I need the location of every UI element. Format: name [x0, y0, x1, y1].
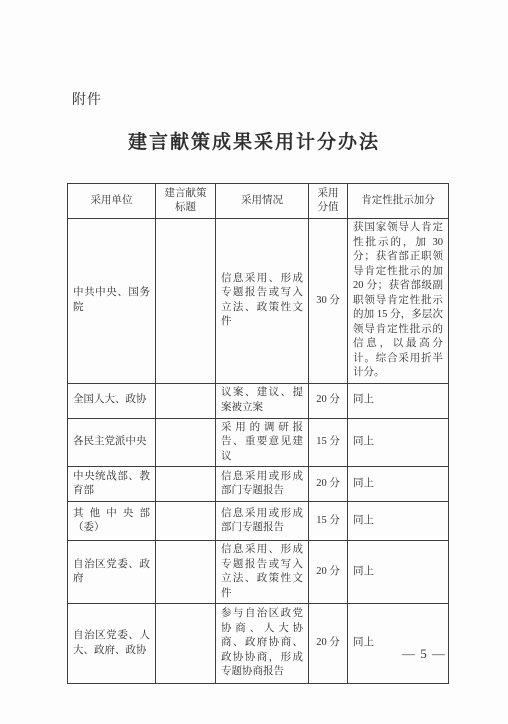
table-row: 自治区党委、人大、政府、政协 参与自治区政党协商、人大协商、政府协商、政协协商，… — [68, 604, 449, 684]
cell-bonus: 同上 — [348, 467, 449, 502]
attachment-label: 附件 — [72, 89, 102, 109]
cell-score: 20 分 — [309, 541, 348, 604]
cell-proposal-title — [156, 418, 216, 467]
page-number: — 5 — — [402, 646, 446, 662]
cell-proposal-title — [156, 502, 216, 541]
table-row: 其他中央部（委） 信息采用或形成部门专题报告 15 分 同上 — [68, 502, 449, 541]
cell-score: 15 分 — [309, 418, 348, 467]
cell-score: 15 分 — [309, 502, 348, 541]
cell-unit: 全国人大、政协 — [68, 383, 156, 418]
cell-bonus: 同上 — [348, 418, 449, 467]
cell-situation: 信息采用、形成专题报告或写入立法、政策性文件 — [216, 219, 309, 384]
table-header-row: 采用单位 建言献策标题 采用情况 采用分值 肯定性批示加分 — [68, 184, 449, 219]
table-row: 全国人大、政协 议案、建议、提案被立案 20 分 同上 — [68, 383, 449, 418]
cell-bonus: 获国家领导人肯定性批示的，加 30 分；获省部正职领导肯定性批示的加 20 分；… — [348, 219, 449, 384]
cell-bonus: 同上 — [348, 502, 449, 541]
cell-proposal-title — [156, 383, 216, 418]
cell-proposal-title — [156, 467, 216, 502]
table-row: 中共中央、国务院 信息采用、形成专题报告或写入立法、政策性文件 30 分 获国家… — [68, 219, 449, 384]
column-header-proposal-title: 建言献策标题 — [156, 184, 216, 219]
cell-situation: 信息采用或形成部门专题报告 — [216, 502, 309, 541]
document-title: 建言献策成果采用计分办法 — [0, 127, 508, 154]
cell-situation: 参与自治区政党协商、人大协商、政府协商、政协协商，形成专题协商报告 — [216, 604, 309, 684]
cell-unit: 其他中央部（委） — [68, 502, 156, 541]
cell-bonus: 同上 — [348, 604, 449, 684]
cell-unit: 中共中央、国务院 — [68, 219, 156, 384]
cell-unit: 中央统战部、教育部 — [68, 467, 156, 502]
cell-unit: 自治区党委、人大、政府、政协 — [68, 604, 156, 684]
cell-situation: 议案、建议、提案被立案 — [216, 383, 309, 418]
cell-situation: 信息采用或形成部门专题报告 — [216, 467, 309, 502]
cell-score: 20 分 — [309, 383, 348, 418]
cell-bonus: 同上 — [348, 541, 449, 604]
table-row: 自治区党委、政府 信息采用、形成专题报告或写入立法、政策性文件 20 分 同上 — [68, 541, 449, 604]
cell-unit: 自治区党委、政府 — [68, 541, 156, 604]
cell-score: 30 分 — [309, 219, 348, 384]
cell-unit: 各民主党派中央 — [68, 418, 156, 467]
cell-situation: 信息采用、形成专题报告或写入立法、政策性文件 — [216, 541, 309, 604]
cell-score: 20 分 — [309, 604, 348, 684]
column-header-situation: 采用情况 — [216, 184, 309, 219]
column-header-bonus: 肯定性批示加分 — [348, 184, 449, 219]
table-row: 中央统战部、教育部 信息采用或形成部门专题报告 20 分 同上 — [68, 467, 449, 502]
cell-situation: 采用的调研报告、重要意见建议 — [216, 418, 309, 467]
column-header-unit: 采用单位 — [68, 184, 156, 219]
cell-bonus: 同上 — [348, 383, 449, 418]
table-row: 各民主党派中央 采用的调研报告、重要意见建议 15 分 同上 — [68, 418, 449, 467]
scoring-table: 采用单位 建言献策标题 采用情况 采用分值 肯定性批示加分 中共中央、国务院 信… — [67, 183, 449, 684]
column-header-score: 采用分值 — [309, 184, 348, 219]
cell-score: 20 分 — [309, 467, 348, 502]
cell-proposal-title — [156, 604, 216, 684]
table-body: 中共中央、国务院 信息采用、形成专题报告或写入立法、政策性文件 30 分 获国家… — [68, 219, 449, 684]
cell-proposal-title — [156, 541, 216, 604]
cell-proposal-title — [156, 219, 216, 384]
